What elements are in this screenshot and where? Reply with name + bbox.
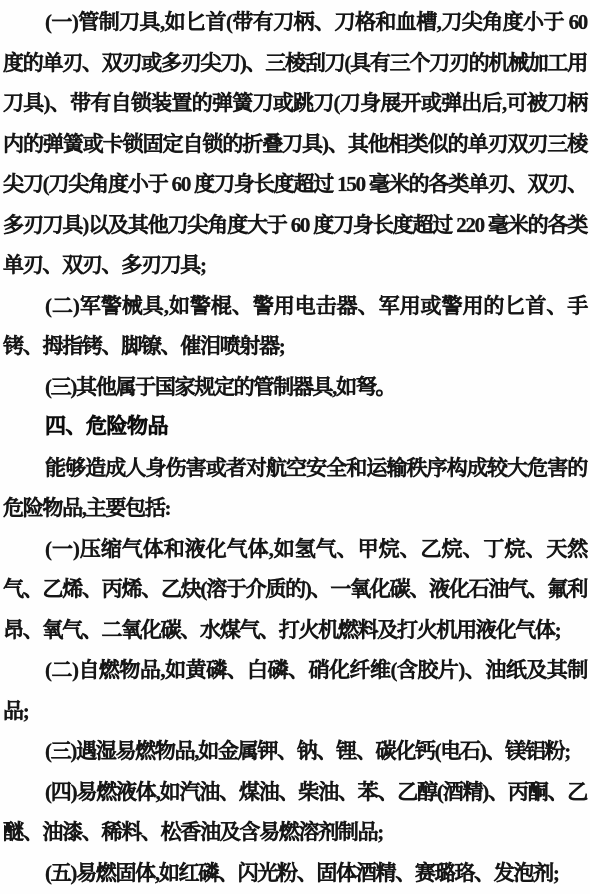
paragraph-controlled-knives: (一)管制刀具,如匕首(带有刀柄、刀格和血槽,刀尖角度小于 60 度的单刃、双刃… <box>3 2 587 286</box>
paragraph-water-reactive-flammables: (三)遇湿易燃物品,如金属钾、钠、锂、碳化钙(电石)、镁铝粉; <box>3 731 587 772</box>
paragraph-military-police-equipment: (二)军警械具,如警棍、警用电击器、军用或警用的匕首、手铐、拇指铐、脚镣、催泪喷… <box>3 286 587 367</box>
section-heading-dangerous-goods: 四、危险物品 <box>3 407 587 448</box>
document-page: (一)管制刀具,如匕首(带有刀柄、刀格和血槽,刀尖角度小于 60 度的单刃、双刃… <box>0 0 590 894</box>
paragraph-flammable-liquids: (四)易燃液体,如汽油、煤油、柴油、苯、乙醇(酒精)、丙酮、乙醚、油漆、稀料、松… <box>3 772 587 853</box>
paragraph-other-controlled-instruments: (三)其他属于国家规定的管制器具,如弩。 <box>3 367 587 408</box>
paragraph-dangerous-goods-intro: 能够造成人身伤害或者对航空安全和运输秩序构成较大危害的危险物品,主要包括: <box>3 448 587 529</box>
paragraph-compressed-liquefied-gases: (一)压缩气体和液化气体,如氢气、甲烷、乙烷、丁烷、天然气、乙烯、丙烯、乙炔(溶… <box>3 529 587 651</box>
paragraph-flammable-solids: (五)易燃固体,如红磷、闪光粉、固体酒精、赛璐珞、发泡剂; <box>3 853 587 894</box>
paragraph-spontaneous-combustibles: (二)自燃物品,如黄磷、白磷、硝化纤维(含胶片)、油纸及其制品; <box>3 650 587 731</box>
